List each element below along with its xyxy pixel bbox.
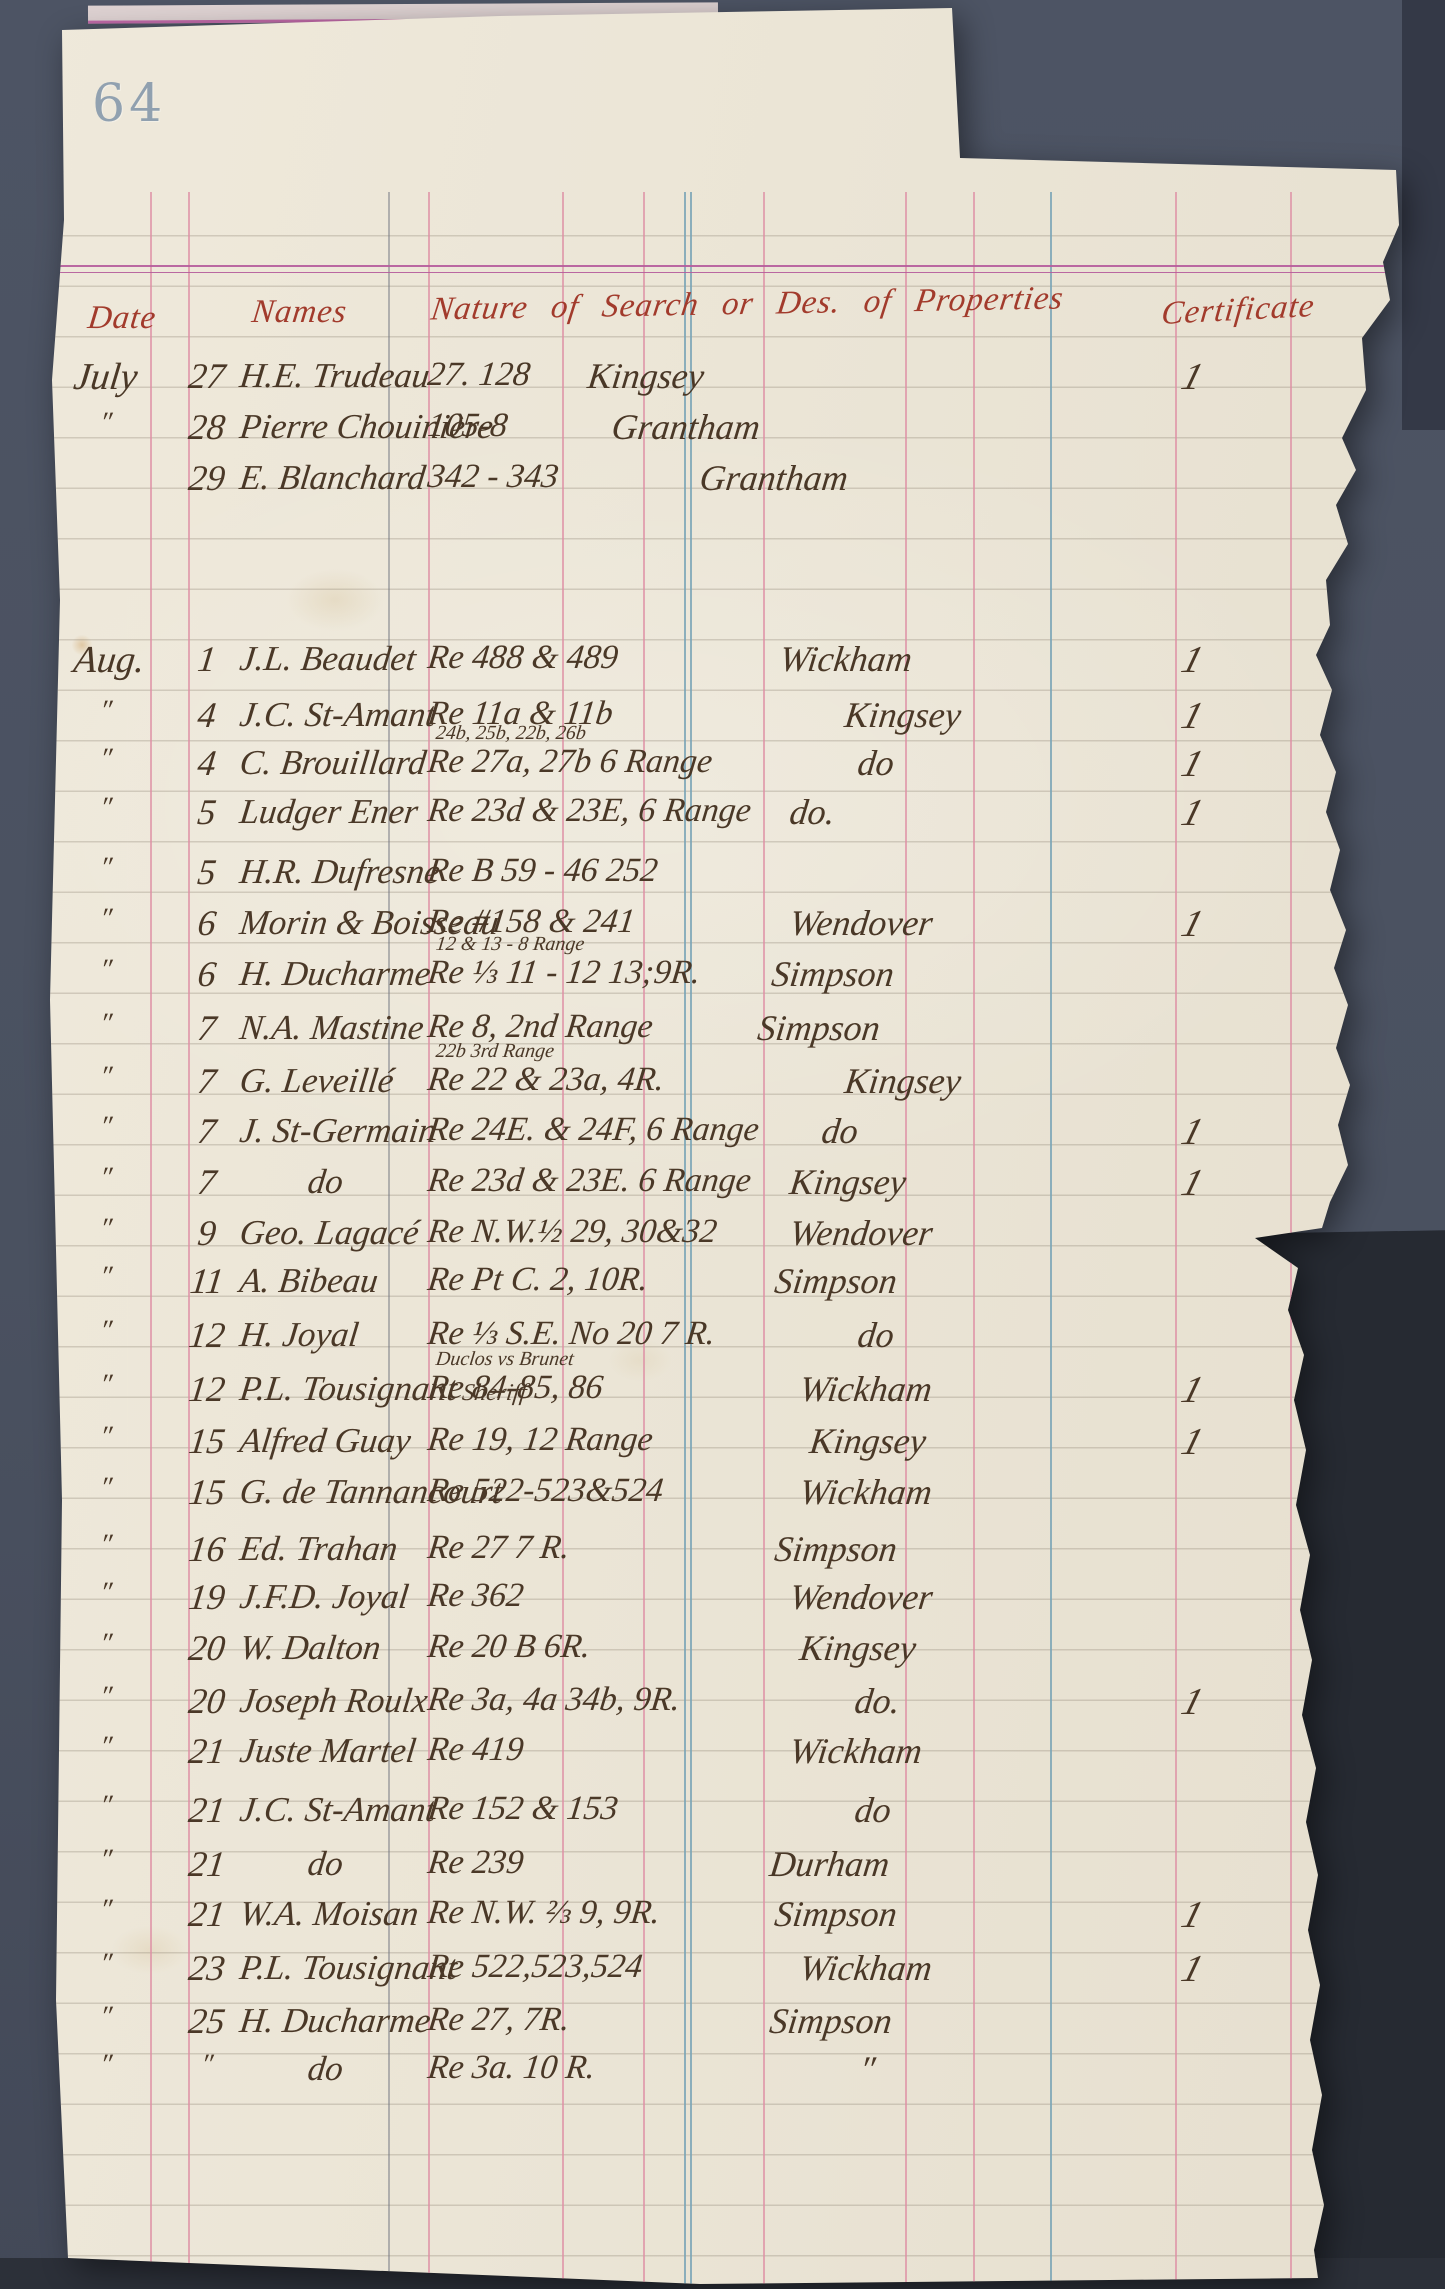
- ledger-row: ″″doRe 3a. 10 R.″: [0, 2050, 1445, 2106]
- entry-name: Juste Martel: [238, 1733, 418, 1768]
- entry-search: Re 84-85, 86: [426, 1371, 605, 1405]
- entry-township: ″: [858, 2051, 877, 2087]
- page-number: 64: [92, 74, 166, 134]
- entry-township: Wendover: [788, 905, 935, 941]
- entry-township: do: [853, 1792, 893, 1828]
- entry-month: ″: [98, 1950, 113, 1978]
- entry-township: Kingsey: [843, 697, 963, 733]
- ledger-row: ″4C. Brouillard24b, 25b, 22b, 26bRe 27a,…: [0, 742, 1445, 798]
- entry-search: Re 419: [426, 1733, 526, 1767]
- entry-day: 21: [170, 1792, 244, 1828]
- entry-day: 1: [170, 641, 244, 677]
- ledger-row: ″21doRe 239Durham: [0, 1843, 1445, 1899]
- entry-certificate-mark: 1: [1178, 1113, 1208, 1151]
- entry-day: 19: [170, 1579, 244, 1615]
- entry-township: Wickham: [798, 1371, 934, 1407]
- entry-township: do.: [788, 794, 837, 830]
- entry-day: 7: [170, 1113, 244, 1149]
- ledger-row: July27H.E. Trudeau27. 128Kingsey1: [0, 357, 1445, 413]
- entry-township: Simpson: [756, 1010, 882, 1046]
- entry-certificate-mark: 1: [1178, 1164, 1208, 1202]
- entry-month: ″: [98, 1579, 113, 1607]
- column-header-names: Names: [250, 296, 349, 329]
- entry-search: Re 522-523&524: [426, 1474, 665, 1508]
- entry-township: Wickham: [798, 1474, 934, 1510]
- entry-month: ″: [98, 1531, 113, 1559]
- entry-name: H.E. Trudeau: [238, 358, 432, 393]
- entry-month: ″: [98, 1317, 113, 1345]
- entry-name: E. Blanchard: [238, 460, 428, 495]
- entry-search: Re 488 & 489: [426, 641, 620, 675]
- ledger-row: ″9Geo. LagacéRe N.W.½ 29, 30&32Wendover: [0, 1212, 1445, 1268]
- entry-certificate-mark: 1: [1178, 1950, 1208, 1988]
- ledger-row: ″12H. JoyalRe ⅓ S.E. No 20 7 R.do: [0, 1315, 1445, 1371]
- entry-search: 342 - 343: [426, 460, 561, 494]
- ledger-paper: 64 Date Names Nature of Search or Des. o…: [0, 0, 1445, 2289]
- entry-month: ″: [98, 1263, 113, 1291]
- entry-name: J.C. St-Amant: [238, 1792, 438, 1827]
- entry-search: Re N.W. ⅔ 9, 9R.: [426, 1896, 662, 1930]
- entry-township: do: [820, 1113, 860, 1149]
- entry-certificate-mark: 1: [1178, 641, 1208, 679]
- entry-annotation: 12 & 13 - 8 Range: [435, 934, 586, 954]
- entry-day: 21: [170, 1896, 244, 1932]
- entry-month: ″: [98, 854, 113, 882]
- entry-name: H. Ducharme: [238, 956, 433, 991]
- entry-township: Wickham: [778, 641, 914, 677]
- entry-month: ″: [98, 1113, 113, 1141]
- entry-township: Simpson: [770, 956, 896, 992]
- entry-search: Re 23d & 23E. 6 Range: [426, 1164, 753, 1198]
- entry-day: 12: [170, 1317, 244, 1353]
- entry-day: 4: [170, 745, 244, 781]
- entry-search: Re 3a, 4a 34b, 9R.: [426, 1683, 682, 1717]
- entry-name: Joseph Roulx: [238, 1683, 430, 1718]
- entry-certificate-mark: 1: [1178, 745, 1208, 783]
- entry-month: ″: [98, 1896, 113, 1924]
- entry-day: 6: [170, 905, 244, 941]
- entry-month: ″: [98, 2051, 113, 2079]
- entry-search: Re 19, 12 Range: [426, 1423, 655, 1457]
- entry-month: ″: [98, 1846, 113, 1874]
- entry-search: Re 152 & 153: [426, 1792, 620, 1826]
- entry-certificate-mark: 1: [1178, 1896, 1208, 1934]
- entry-certificate-mark: 1: [1178, 794, 1208, 832]
- ledger-row: ″20Joseph RoulxRe 3a, 4a 34b, 9R.do.1: [0, 1680, 1445, 1736]
- entry-annotation: 24b, 25b, 22b, 26b: [435, 723, 587, 743]
- entry-month: ″: [98, 2003, 113, 2031]
- entry-month: ″: [98, 1683, 113, 1711]
- entry-name: H. Ducharme: [238, 2003, 433, 2038]
- ledger-row: ″7doRe 23d & 23E. 6 RangeKingsey1: [0, 1162, 1445, 1218]
- entry-month: ″: [98, 1063, 113, 1091]
- ledger-row: ″5H.R. DufresneRe B 59 - 46 252: [0, 852, 1445, 908]
- entry-month: ″: [98, 697, 113, 725]
- entry-month: ″: [98, 1423, 113, 1451]
- entry-township: Wendover: [788, 1579, 935, 1615]
- ledger-row: ″12P.L. Tousignant SheriffDuclos vs Brun…: [0, 1368, 1445, 1424]
- entry-search: Re N.W.½ 29, 30&32: [426, 1215, 719, 1249]
- entry-day: 6: [170, 956, 244, 992]
- entry-month: ″: [98, 1630, 113, 1658]
- entry-search: Re 522,523,524: [426, 1950, 645, 1984]
- entry-day: 20: [170, 1630, 244, 1666]
- entry-search: Re 20 B 6R.: [426, 1630, 593, 1664]
- entry-township: Kingsey: [586, 358, 706, 394]
- entry-search: Re 23d & 23E, 6 Range: [426, 794, 753, 828]
- entry-day: 23: [170, 1950, 244, 1986]
- entry-township: Simpson: [773, 1531, 899, 1567]
- entry-month: ″: [98, 409, 113, 437]
- ledger-row: ″21W.A. MoisanRe N.W. ⅔ 9, 9R.Simpson1: [0, 1895, 1445, 1951]
- entry-name: do: [306, 1846, 345, 1881]
- entry-township: Kingsey: [808, 1423, 928, 1459]
- entry-name: W.A. Moisan: [238, 1896, 421, 1931]
- entry-township: Kingsey: [788, 1164, 908, 1200]
- entry-township: do: [856, 745, 896, 781]
- entry-day: 20: [170, 1683, 244, 1719]
- entry-township: Simpson: [773, 1896, 899, 1932]
- entry-certificate-mark: 1: [1178, 697, 1208, 735]
- entry-search: Re 27a, 27b 6 Range: [426, 745, 714, 779]
- ledger-row: ″21J.C. St-AmantRe 152 & 153do: [0, 1790, 1445, 1846]
- entry-month: July: [72, 358, 140, 396]
- entry-day: 16: [170, 1531, 244, 1567]
- entry-search: Re ⅓ S.E. No 20 7 R.: [426, 1317, 717, 1351]
- entry-day: 21: [170, 1733, 244, 1769]
- entry-day: 11: [170, 1263, 244, 1299]
- entry-annotation: Duclos vs Brunet: [435, 1349, 575, 1369]
- entry-name: Alfred Guay: [238, 1423, 413, 1458]
- entry-township: Kingsey: [798, 1630, 918, 1666]
- header-rule-bottom: [0, 272, 1394, 273]
- entry-month: ″: [98, 1164, 113, 1192]
- entry-name: J.L. Beaudet: [238, 641, 418, 676]
- ledger-row: ″28Pierre Chouinière105-8Grantham: [0, 407, 1445, 463]
- entry-township: do: [856, 1317, 896, 1353]
- entry-name: J.F.D. Joyal: [238, 1579, 411, 1614]
- entry-search: Re 8, 2nd Range: [426, 1010, 655, 1044]
- entry-search: Re 24E. & 24F, 6 Range: [426, 1113, 761, 1147]
- ledger-row: ″20W. DaltonRe 20 B 6R.Kingsey: [0, 1628, 1445, 1684]
- entry-month: ″: [98, 745, 113, 773]
- entry-day: 25: [170, 2003, 244, 2039]
- entry-name: C. Brouillard: [238, 745, 428, 780]
- ledger-row: ″5Ludger EnerRe 23d & 23E, 6 Rangedo.1: [0, 793, 1445, 849]
- header-rule-top: [0, 265, 1394, 267]
- ledger-row: ″15G. de TannancourtRe 522-523&524Wickha…: [0, 1472, 1445, 1528]
- entry-month: ″: [98, 1792, 113, 1820]
- ledger-row: ″7J. St-GermainRe 24E. & 24F, 6 Rangedo1: [0, 1112, 1445, 1168]
- entry-search: 105-8: [426, 409, 510, 443]
- scanned-ledger-page: 64 Date Names Nature of Search or Des. o…: [0, 0, 1445, 2289]
- entry-month: ″: [98, 1733, 113, 1761]
- entry-search: Re ⅓ 11 - 12 13;9R.: [426, 956, 702, 990]
- column-header-certificate: Certificate: [1160, 290, 1317, 331]
- ledger-row: ″7N.A. MastineRe 8, 2nd RangeSimpson: [0, 1008, 1445, 1064]
- entry-township: Wendover: [788, 1215, 935, 1251]
- entry-day: 7: [170, 1164, 244, 1200]
- entry-day: 5: [170, 794, 244, 830]
- entry-certificate-mark: 1: [1178, 1683, 1208, 1721]
- entry-month: ″: [98, 1371, 113, 1399]
- entry-day: 7: [170, 1063, 244, 1099]
- entry-month: ″: [98, 905, 113, 933]
- entry-certificate-mark: 1: [1178, 905, 1208, 943]
- column-header-date: Date: [86, 302, 158, 335]
- entry-name: J. St-Germain: [238, 1113, 439, 1148]
- entry-name: W. Dalton: [238, 1630, 383, 1665]
- entry-day: 12: [170, 1371, 244, 1407]
- entry-certificate-mark: 1: [1178, 1423, 1208, 1461]
- entry-township: Simpson: [768, 2003, 894, 2039]
- entry-search: Re Pt C. 2, 10R.: [426, 1263, 650, 1297]
- entry-name: do: [306, 2051, 345, 2086]
- entry-search: Re 362: [426, 1579, 526, 1613]
- ledger-row: ″16Ed. TrahanRe 27 7 R.Simpson: [0, 1528, 1445, 1584]
- ledger-row: Aug.1J.L. BeaudetRe 488 & 489Wickham1: [0, 640, 1445, 696]
- entry-search: 27. 128: [426, 358, 532, 392]
- ledger-row: 29E. Blanchard342 - 343Grantham: [0, 457, 1445, 513]
- ledger-row: ″19J.F.D. JoyalRe 362Wendover: [0, 1578, 1445, 1634]
- entry-name: Ed. Trahan: [238, 1531, 400, 1566]
- entry-township: Wickham: [788, 1733, 924, 1769]
- ledger-row: ″11A. BibeauRe Pt C. 2, 10R.Simpson: [0, 1262, 1445, 1318]
- entry-month: ″: [98, 1215, 113, 1243]
- entry-day: 28: [170, 409, 244, 445]
- entry-township: Wickham: [798, 1950, 934, 1986]
- entry-month: ″: [98, 794, 113, 822]
- entry-name: H.R. Dufresne: [238, 854, 442, 889]
- entry-search: Re 27 7 R.: [426, 1531, 572, 1565]
- entry-annotation: 22b 3rd Range: [435, 1041, 556, 1061]
- entry-name: A. Bibeau: [238, 1263, 380, 1298]
- entry-township: Kingsey: [843, 1063, 963, 1099]
- entry-name: J.C. St-Amant: [238, 697, 438, 732]
- entry-township: do.: [853, 1683, 902, 1719]
- entry-search: Re 3a. 10 R.: [426, 2051, 597, 2085]
- entry-certificate-mark: 1: [1178, 1371, 1208, 1409]
- entry-day: 15: [170, 1474, 244, 1510]
- ledger-row: ″15Alfred GuayRe 19, 12 RangeKingsey1: [0, 1422, 1445, 1478]
- entry-name: do: [306, 1164, 345, 1199]
- ledger-row: ″6Morin & BoisseauRe #158 & 241Wendover1: [0, 902, 1445, 958]
- entry-search: Re B 59 - 46 252: [426, 854, 660, 888]
- entry-month: Aug.: [72, 641, 147, 679]
- entry-day: 21: [170, 1846, 244, 1882]
- entry-township: Durham: [768, 1846, 892, 1882]
- entry-name: H. Joyal: [238, 1317, 361, 1352]
- ledger-row: ″7G. Leveillé22b 3rd RangeRe 22 & 23a, 4…: [0, 1060, 1445, 1116]
- entry-township: Grantham: [698, 460, 850, 496]
- entry-name: Geo. Lagacé: [238, 1215, 421, 1250]
- entry-day: 4: [170, 697, 244, 733]
- entry-month: ″: [98, 956, 113, 984]
- entry-search: Re 22 & 23a, 4R.: [426, 1063, 666, 1097]
- entry-township: Grantham: [610, 409, 762, 445]
- entry-township: Simpson: [773, 1263, 899, 1299]
- entry-certificate-mark: 1: [1178, 358, 1208, 396]
- entry-day: ″: [170, 2051, 243, 2079]
- entry-day: 15: [170, 1423, 244, 1459]
- entry-day: 7: [170, 1010, 244, 1046]
- entry-name: G. Leveillé: [238, 1063, 396, 1098]
- entry-day: 27: [170, 358, 244, 394]
- ledger-row: ″23P.L. TousignantRe 522,523,524Wickham1: [0, 1948, 1445, 2004]
- entry-month: ″: [98, 1010, 113, 1038]
- entry-day: 9: [170, 1215, 244, 1251]
- ledger-row: ″21Juste MartelRe 419Wickham: [0, 1732, 1445, 1788]
- entry-name: N.A. Mastine: [238, 1010, 426, 1045]
- entry-month: ″: [98, 1474, 113, 1502]
- entry-day: 5: [170, 854, 244, 890]
- entry-name: Ludger Ener: [238, 794, 420, 829]
- entry-day: 29: [170, 460, 244, 496]
- entry-search: Re 239: [426, 1846, 526, 1880]
- ledger-row: ″6H. Ducharme12 & 13 - 8 RangeRe ⅓ 11 - …: [0, 955, 1445, 1011]
- ledger-row: ″25H. DucharmeRe 27, 7R.Simpson: [0, 2000, 1445, 2056]
- paper-sheet-wrap: 64 Date Names Nature of Search or Des. o…: [0, 0, 1445, 2289]
- entry-search: Re 27, 7R.: [426, 2003, 572, 2037]
